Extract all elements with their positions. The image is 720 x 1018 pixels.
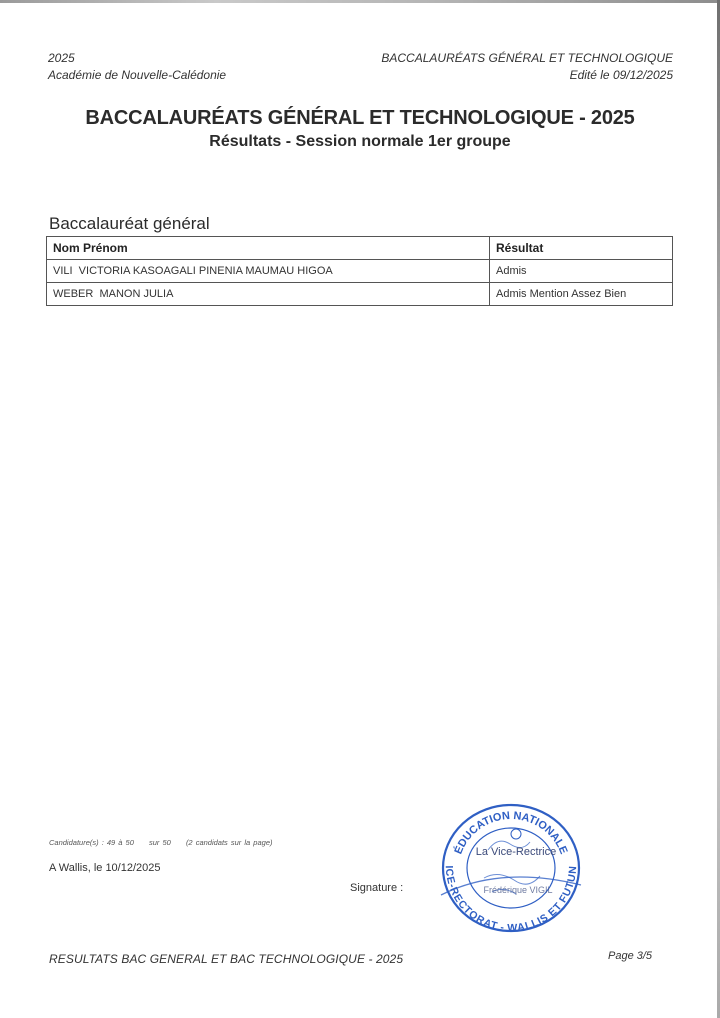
table-row: WEBER MANON JULIA Admis Mention Assez Bi…: [47, 283, 673, 306]
footer-title: RESULTATS BAC GENERAL ET BAC TECHNOLOGIQ…: [49, 952, 403, 966]
header-year: 2025: [48, 50, 226, 67]
svg-text:La Vice-Rectrice: La Vice-Rectrice: [476, 846, 557, 858]
page-number: Page 3/5: [608, 950, 652, 962]
header-left: 2025 Académie de Nouvelle-Calédonie: [48, 50, 226, 84]
place-date: A Wallis, le 10/12/2025: [49, 862, 161, 874]
page-title: BACCALAURÉATS GÉNÉRAL ET TECHNOLOGIQUE -…: [0, 107, 720, 130]
candidate-result: Admis: [490, 260, 673, 283]
candidate-result: Admis Mention Assez Bien: [490, 283, 673, 306]
svg-text:Frédérique VIGIL: Frédérique VIGIL: [483, 885, 552, 895]
page-subtitle: Résultats - Session normale 1er groupe: [0, 133, 720, 151]
candidatures-range: Candidature(s) : 49 à 50: [49, 838, 134, 847]
table-header-row: Nom Prénom Résultat: [47, 237, 673, 260]
signature-label: Signature :: [350, 882, 403, 894]
header-academy: Académie de Nouvelle-Calédonie: [48, 67, 226, 84]
column-header-name: Nom Prénom: [47, 237, 490, 260]
results-table: Nom Prénom Résultat VILI VICTORIA KASOAG…: [46, 236, 673, 306]
header-doc-title: BACCALAURÉATS GÉNÉRAL ET TECHNOLOGIQUE: [381, 50, 673, 67]
header-right: BACCALAURÉATS GÉNÉRAL ET TECHNOLOGIQUE E…: [381, 50, 673, 84]
table-row: VILI VICTORIA KASOAGALI PINENIA MAUMAU H…: [47, 260, 673, 283]
candidate-name: WEBER MANON JULIA: [47, 283, 490, 306]
column-header-result: Résultat: [490, 237, 673, 260]
header-edited-date: Edité le 09/12/2025: [381, 67, 673, 84]
section-heading: Baccalauréat général: [49, 214, 210, 234]
scan-edge-top: [0, 0, 720, 3]
candidatures-on-page: (2 candidats sur la page): [186, 838, 273, 847]
candidate-name: VILI VICTORIA KASOAGALI PINENIA MAUMAU H…: [47, 260, 490, 283]
candidatures-total: sur 50: [149, 838, 171, 847]
official-stamp-icon: ÉDUCATION NATIONALE VICE-RECTORAT - WALL…: [436, 800, 586, 935]
candidatures-info: Candidature(s) : 49 à 50 sur 50 (2 candi…: [49, 838, 285, 847]
